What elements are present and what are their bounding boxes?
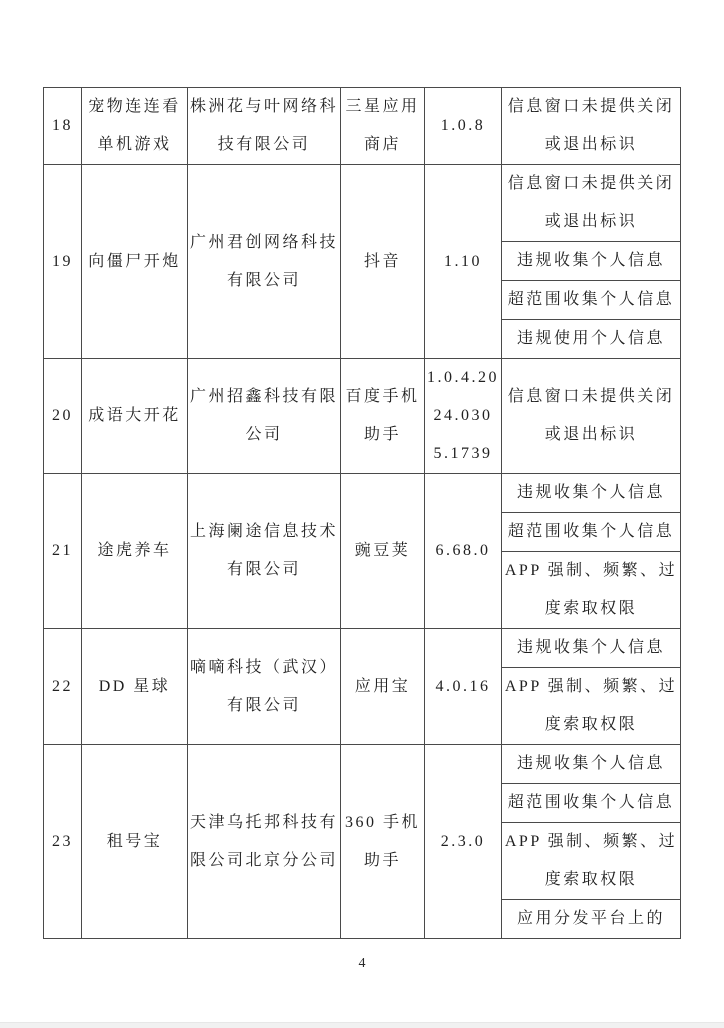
table-row: 18宠物连连看单机游戏株洲花与叶网络科技有限公司三星应用商店1.0.8信息窗口未… [44,88,681,165]
violation-table: 18宠物连连看单机游戏株洲花与叶网络科技有限公司三星应用商店1.0.8信息窗口未… [43,87,681,939]
platform-cell: 三星应用商店 [341,88,425,165]
violation-cell: 违规收集个人信息 [502,629,681,668]
app-name-cell: 途虎养车 [82,474,188,629]
company-cell: 广州君创网络科技有限公司 [188,165,341,359]
table-row: 19向僵尸开炮广州君创网络科技有限公司抖音1.10信息窗口未提供关闭或退出标识 [44,165,681,242]
page-number: 4 [0,954,724,974]
company-cell: 广州招鑫科技有限公司 [188,359,341,474]
app-name-cell: 宠物连连看单机游戏 [82,88,188,165]
violation-cell: APP 强制、频繁、过度索取权限 [502,668,681,745]
row-number-cell: 23 [44,745,82,939]
app-name-cell: 成语大开花 [82,359,188,474]
row-number-cell: 20 [44,359,82,474]
app-name-cell: 向僵尸开炮 [82,165,188,359]
company-cell: 天津乌托邦科技有限公司北京分公司 [188,745,341,939]
company-cell: 株洲花与叶网络科技有限公司 [188,88,341,165]
version-cell: 4.0.16 [425,629,502,745]
row-number-cell: 19 [44,165,82,359]
version-cell: 2.3.0 [425,745,502,939]
violation-cell: 违规使用个人信息 [502,320,681,359]
app-name-cell: DD 星球 [82,629,188,745]
version-cell: 6.68.0 [425,474,502,629]
document-page: 18宠物连连看单机游戏株洲花与叶网络科技有限公司三星应用商店1.0.8信息窗口未… [0,0,724,1028]
platform-cell: 豌豆荚 [341,474,425,629]
version-cell: 1.0.8 [425,88,502,165]
violation-cell: 信息窗口未提供关闭或退出标识 [502,165,681,242]
platform-cell: 360 手机助手 [341,745,425,939]
table-row: 21途虎养车上海阑途信息技术有限公司豌豆荚6.68.0违规收集个人信息 [44,474,681,513]
violation-cell: APP 强制、频繁、过度索取权限 [502,552,681,629]
violation-table-body: 18宠物连连看单机游戏株洲花与叶网络科技有限公司三星应用商店1.0.8信息窗口未… [44,88,681,939]
violation-cell: 违规收集个人信息 [502,745,681,784]
platform-cell: 百度手机助手 [341,359,425,474]
row-number-cell: 21 [44,474,82,629]
violation-cell: 违规收集个人信息 [502,242,681,281]
app-name-cell: 租号宝 [82,745,188,939]
row-number-cell: 22 [44,629,82,745]
violation-cell: 超范围收集个人信息 [502,281,681,320]
violation-cell: APP 强制、频繁、过度索取权限 [502,823,681,900]
table-row: 23租号宝天津乌托邦科技有限公司北京分公司360 手机助手2.3.0违规收集个人… [44,745,681,784]
violation-cell: 超范围收集个人信息 [502,513,681,552]
company-cell: 上海阑途信息技术有限公司 [188,474,341,629]
version-cell: 1.10 [425,165,502,359]
table-row: 22DD 星球嘀嘀科技（武汉）有限公司应用宝4.0.16违规收集个人信息 [44,629,681,668]
company-cell: 嘀嘀科技（武汉）有限公司 [188,629,341,745]
violation-cell: 信息窗口未提供关闭或退出标识 [502,359,681,474]
violation-cell: 应用分发平台上的 [502,900,681,939]
violation-cell: 违规收集个人信息 [502,474,681,513]
violation-cell: 超范围收集个人信息 [502,784,681,823]
table-row: 20成语大开花广州招鑫科技有限公司百度手机助手1.0.4.2024.0305.1… [44,359,681,474]
page-bottom-edge [0,1022,724,1028]
version-cell: 1.0.4.2024.0305.1739 [425,359,502,474]
violation-cell: 信息窗口未提供关闭或退出标识 [502,88,681,165]
platform-cell: 抖音 [341,165,425,359]
row-number-cell: 18 [44,88,82,165]
platform-cell: 应用宝 [341,629,425,745]
